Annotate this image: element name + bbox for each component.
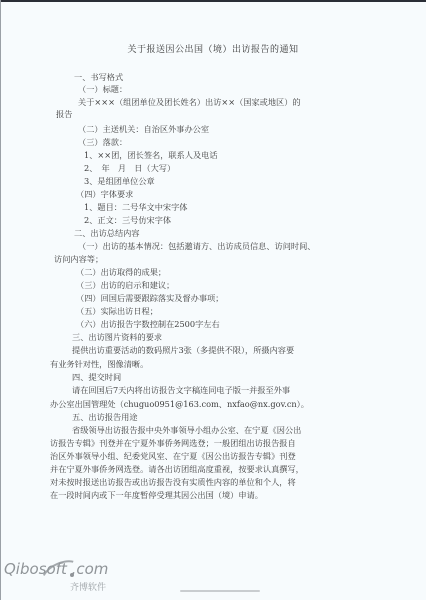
body-line: （一）出访的基本情况：包括邀请方、出访成员信息、访问时间、 (78, 241, 315, 251)
body-line: 二、出访总结内容 (74, 228, 140, 238)
watermark-subtitle: 齐博软件 (70, 580, 106, 593)
body-line: 一、书写格式 (74, 72, 123, 82)
body-line: （四）字体要求 (76, 189, 133, 199)
body-line: 四、提交时间 (72, 372, 121, 382)
body-line: （三）落款： (78, 137, 127, 147)
scan-smudge (180, 590, 260, 592)
body-line: 在一段时间内或下一年度暂停受理其因公出国（境）申请。 (50, 490, 263, 500)
body-line: 报告 (56, 109, 72, 119)
body-line: （一）标题： (78, 84, 127, 94)
document-title: 关于报送因公出国（境）出访报告的通知 (0, 42, 426, 55)
watermark-brand: Qibosoft .com (4, 560, 108, 578)
body-line: 三、出访图片资料的要求 (72, 332, 162, 342)
body-line: 2、 年 月 日（大写） (84, 163, 175, 173)
body-line: 关于×××（组团单位及团长姓名）出访××（国家或地区）的 (78, 97, 301, 107)
body-line: （六）出访报告字数控制在2500字左右 (76, 319, 220, 329)
body-line: （二）出访取得的成果； (76, 267, 166, 277)
body-line: 请在回国后7天内将出访报告文字稿连同电子版一并报至外事 (72, 385, 290, 395)
watermark-logo: Qibosoft .com 齐博软件 (4, 560, 144, 600)
body-line: 办公室出国管理处（chuguo0951@163.com、nxfao@nx.gov… (50, 399, 309, 409)
body-line: （二）主送机关：自治区外事办公室 (78, 124, 209, 134)
body-line: 2、正文：三号仿宋字体 (84, 215, 171, 225)
body-line: 五、出访报告用途 (72, 412, 138, 422)
body-line: （三）出访的启示和建议； (76, 280, 174, 290)
body-line: （四）回国后需要跟踪落实及督办事项； (76, 293, 223, 303)
body-line: 省级领导出访报告报中央外事领导小组办公室、在宁夏《因公出 (72, 425, 301, 435)
body-line: 并在宁夏外事侨务网选登。请各出访团组高度重视，按要求认真撰写， (50, 464, 304, 474)
body-line: 对未按时报送出访报告或出访报告没有实质性内容的单位和个人，将 (50, 477, 296, 487)
body-line: 1、题目：二号华文中宋字体 (84, 202, 187, 212)
body-line: 提供出访重要活动的数码照片3张（多提供不限），所摄内容要 (72, 345, 294, 355)
scanned-document-page: 关于报送因公出国（境）出访报告的通知 一、书写格式（一）标题：关于×××（组团单… (0, 0, 426, 600)
body-line: 3、是组团单位公章 (84, 176, 155, 186)
body-line: 治区外事领导小组、纪委党风室、在宁夏《因公出访报告专辑》刊登 (50, 451, 296, 461)
body-line: 访问内容等； (54, 254, 103, 264)
body-line: 1、××团，团长签名，联系人及电话 (84, 150, 218, 160)
body-line: 访报告专辑》刊登并在宁夏外事侨务网选登；一般团组出访报告报自 (50, 438, 296, 448)
body-line: 有业务针对性，图像清晰。 (50, 359, 148, 369)
body-line: （五）实际出访日程； (76, 306, 158, 316)
